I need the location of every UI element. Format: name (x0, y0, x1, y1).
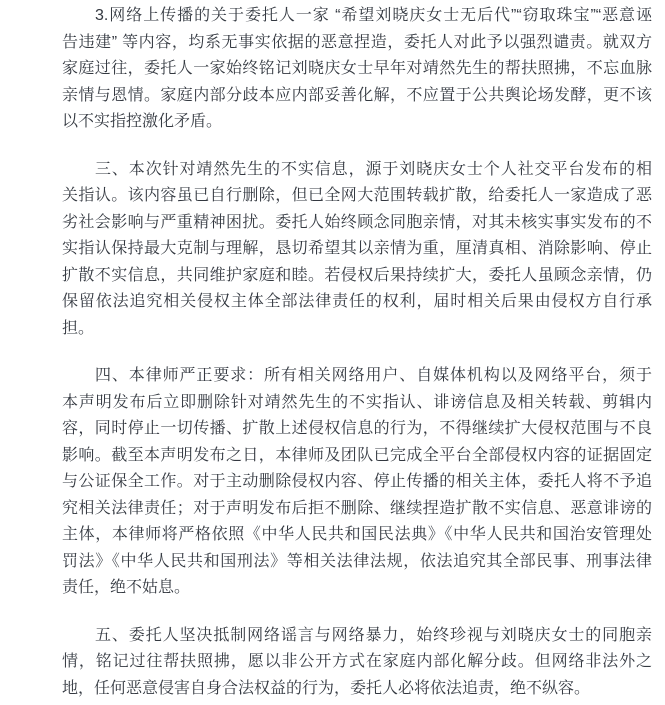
text-line: 五、委托人坚决抵制网络谣言与网络暴力，始终珍视与刘晓庆女士的同胞亲 (62, 623, 652, 650)
text-line: 担。 (62, 316, 652, 343)
text-line: 扩散不实信息，共同维护家庭和睦。若侵权后果持续扩大，委托人虽顾念亲情，仍 (62, 263, 652, 290)
text-line: 主体，本律师将严格依照《中华人民共和国民法典》《中华人民共和国治安管理处 (62, 522, 652, 549)
text-line: 罚法》《中华人民共和国刑法》等相关法律法规，依法追究其全部民事、刑事法律 (62, 549, 652, 576)
paragraph-4: 五、委托人坚决抵制网络谣言与网络暴力，始终珍视与刘晓庆女士的同胞亲情，铭记过往帮… (62, 623, 652, 703)
text-line: 究相关法律责任；对于声明发布后拒不删除、继续捏造扩散不实信息、恶意诽谤的 (62, 496, 652, 523)
text-line: 保留依法追究相关侵权主体全部法律责任的权利，届时相关后果由侵权方自行承 (62, 289, 652, 316)
text-line: 家庭过往，委托人一家始终铭记刘晓庆女士早年对靖然先生的帮扶照拂，不忘血脉 (62, 56, 652, 83)
paragraph-3: 四、本律师严正要求：所有相关网络用户、自媒体机构以及网络平台，须于本声明发布后立… (62, 363, 652, 602)
text-line: 劣社会影响与严重精神困扰。委托人始终顾念同胞亲情，对其未核实事实发布的不 (62, 210, 652, 237)
text-line: 四、本律师严正要求：所有相关网络用户、自媒体机构以及网络平台，须于 (62, 363, 652, 390)
text-line: 地，任何恶意侵害自身合法权益的行为，委托人必将依法追责，绝不纵容。 (62, 676, 652, 703)
text-line: 责任，绝不姑息。 (62, 575, 652, 602)
text-line: 以不实指控激化矛盾。 (62, 109, 652, 136)
text-line: 本声明发布后立即删除针对靖然先生的不实指认、诽谤信息及相关转载、剪辑内 (62, 390, 652, 417)
paragraph-1: 3.网络上传播的关于委托人一家 “希望刘晓庆女士无后代”“窃取珠宝”“恶意诬告违… (62, 3, 652, 136)
text-line: 关指认。该内容虽已自行删除，但已全网大范围转载扩散，给委托人一家造成了恶 (62, 183, 652, 210)
paragraph-2: 三、本次针对靖然先生的不实信息，源于刘晓庆女士个人社交平台发布的相关指认。该内容… (62, 157, 652, 343)
text-line: 3.网络上传播的关于委托人一家 “希望刘晓庆女士无后代”“窃取珠宝”“恶意诬 (62, 3, 652, 30)
text-line: 容，同时停止一切传播、扩散上述侵权信息的行为，不得继续扩大侵权范围与不良 (62, 416, 652, 443)
text-line: 实指认保持最大克制与理解，恳切希望其以亲情为重，厘清真相、消除影响、停止 (62, 236, 652, 263)
text-line: 三、本次针对靖然先生的不实信息，源于刘晓庆女士个人社交平台发布的相 (62, 157, 652, 184)
text-line: 告违建” 等内容，均系无事实依据的恶意捏造，委托人对此予以强烈谴责。就双方 (62, 30, 652, 57)
document-body: 3.网络上传播的关于委托人一家 “希望刘晓庆女士无后代”“窃取珠宝”“恶意诬告违… (0, 0, 665, 705)
text-line: 亲情与恩情。家庭内部分歧本应内部妥善化解，不应置于公共舆论场发酵，更不该 (62, 83, 652, 110)
text-line: 影响。截至本声明发布之日，本律师及团队已完成全平台全部侵权内容的证据固定 (62, 443, 652, 470)
text-line: 情，铭记过往帮扶照拂，愿以非公开方式在家庭内部化解分歧。但网络非法外之 (62, 649, 652, 676)
text-line: 与公证保全工作。对于主动删除侵权内容、停止传播的相关主体，委托人将不予追 (62, 469, 652, 496)
